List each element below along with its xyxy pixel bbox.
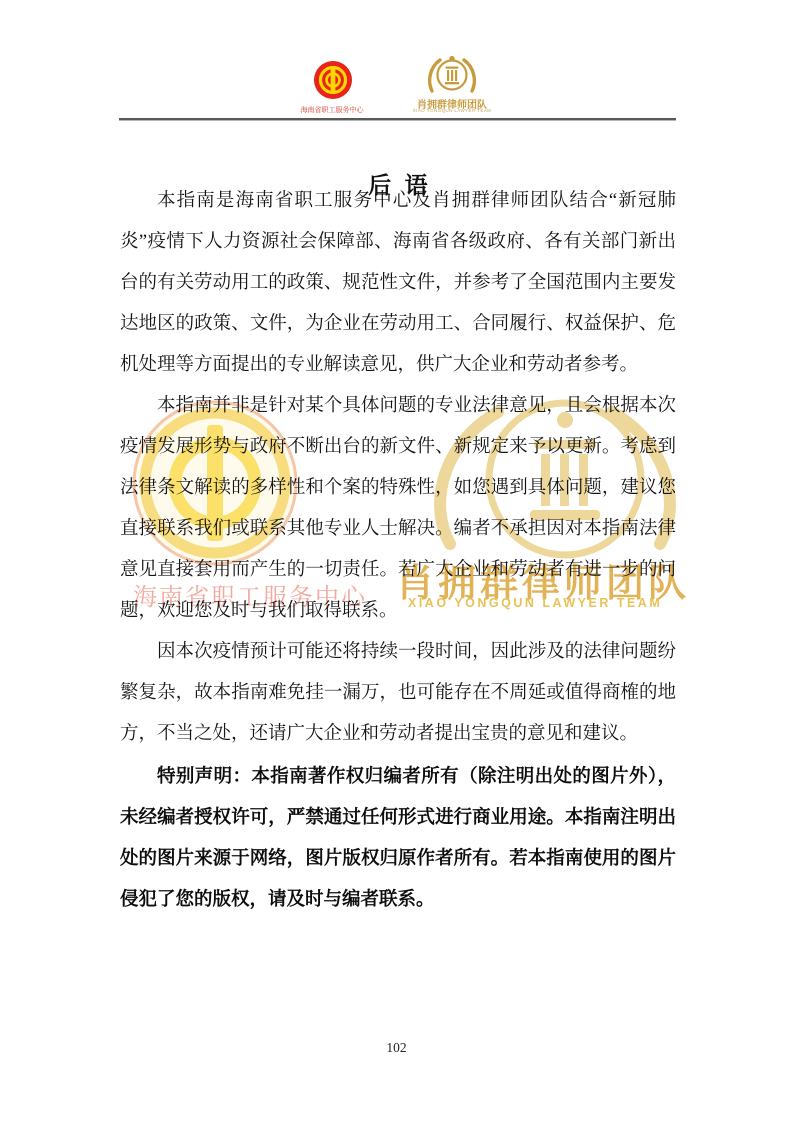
page: 海南省职工服务中心 肖拥群律师团队 XIAO YONGQUN LAWYER TE…	[0, 0, 793, 1122]
law-team-emblem-icon	[424, 51, 480, 97]
header-divider	[119, 118, 676, 121]
law-logo-caption-en: XIAO YONGQUN LAWYER TEAM	[410, 108, 494, 113]
header: 海南省职工服务中心 肖拥群律师团队 XIAO YONGQUN LAWYER TE…	[0, 0, 793, 1122]
union-logo-caption: 海南省职工服务中心	[299, 105, 365, 115]
union-emblem-icon	[313, 60, 353, 100]
